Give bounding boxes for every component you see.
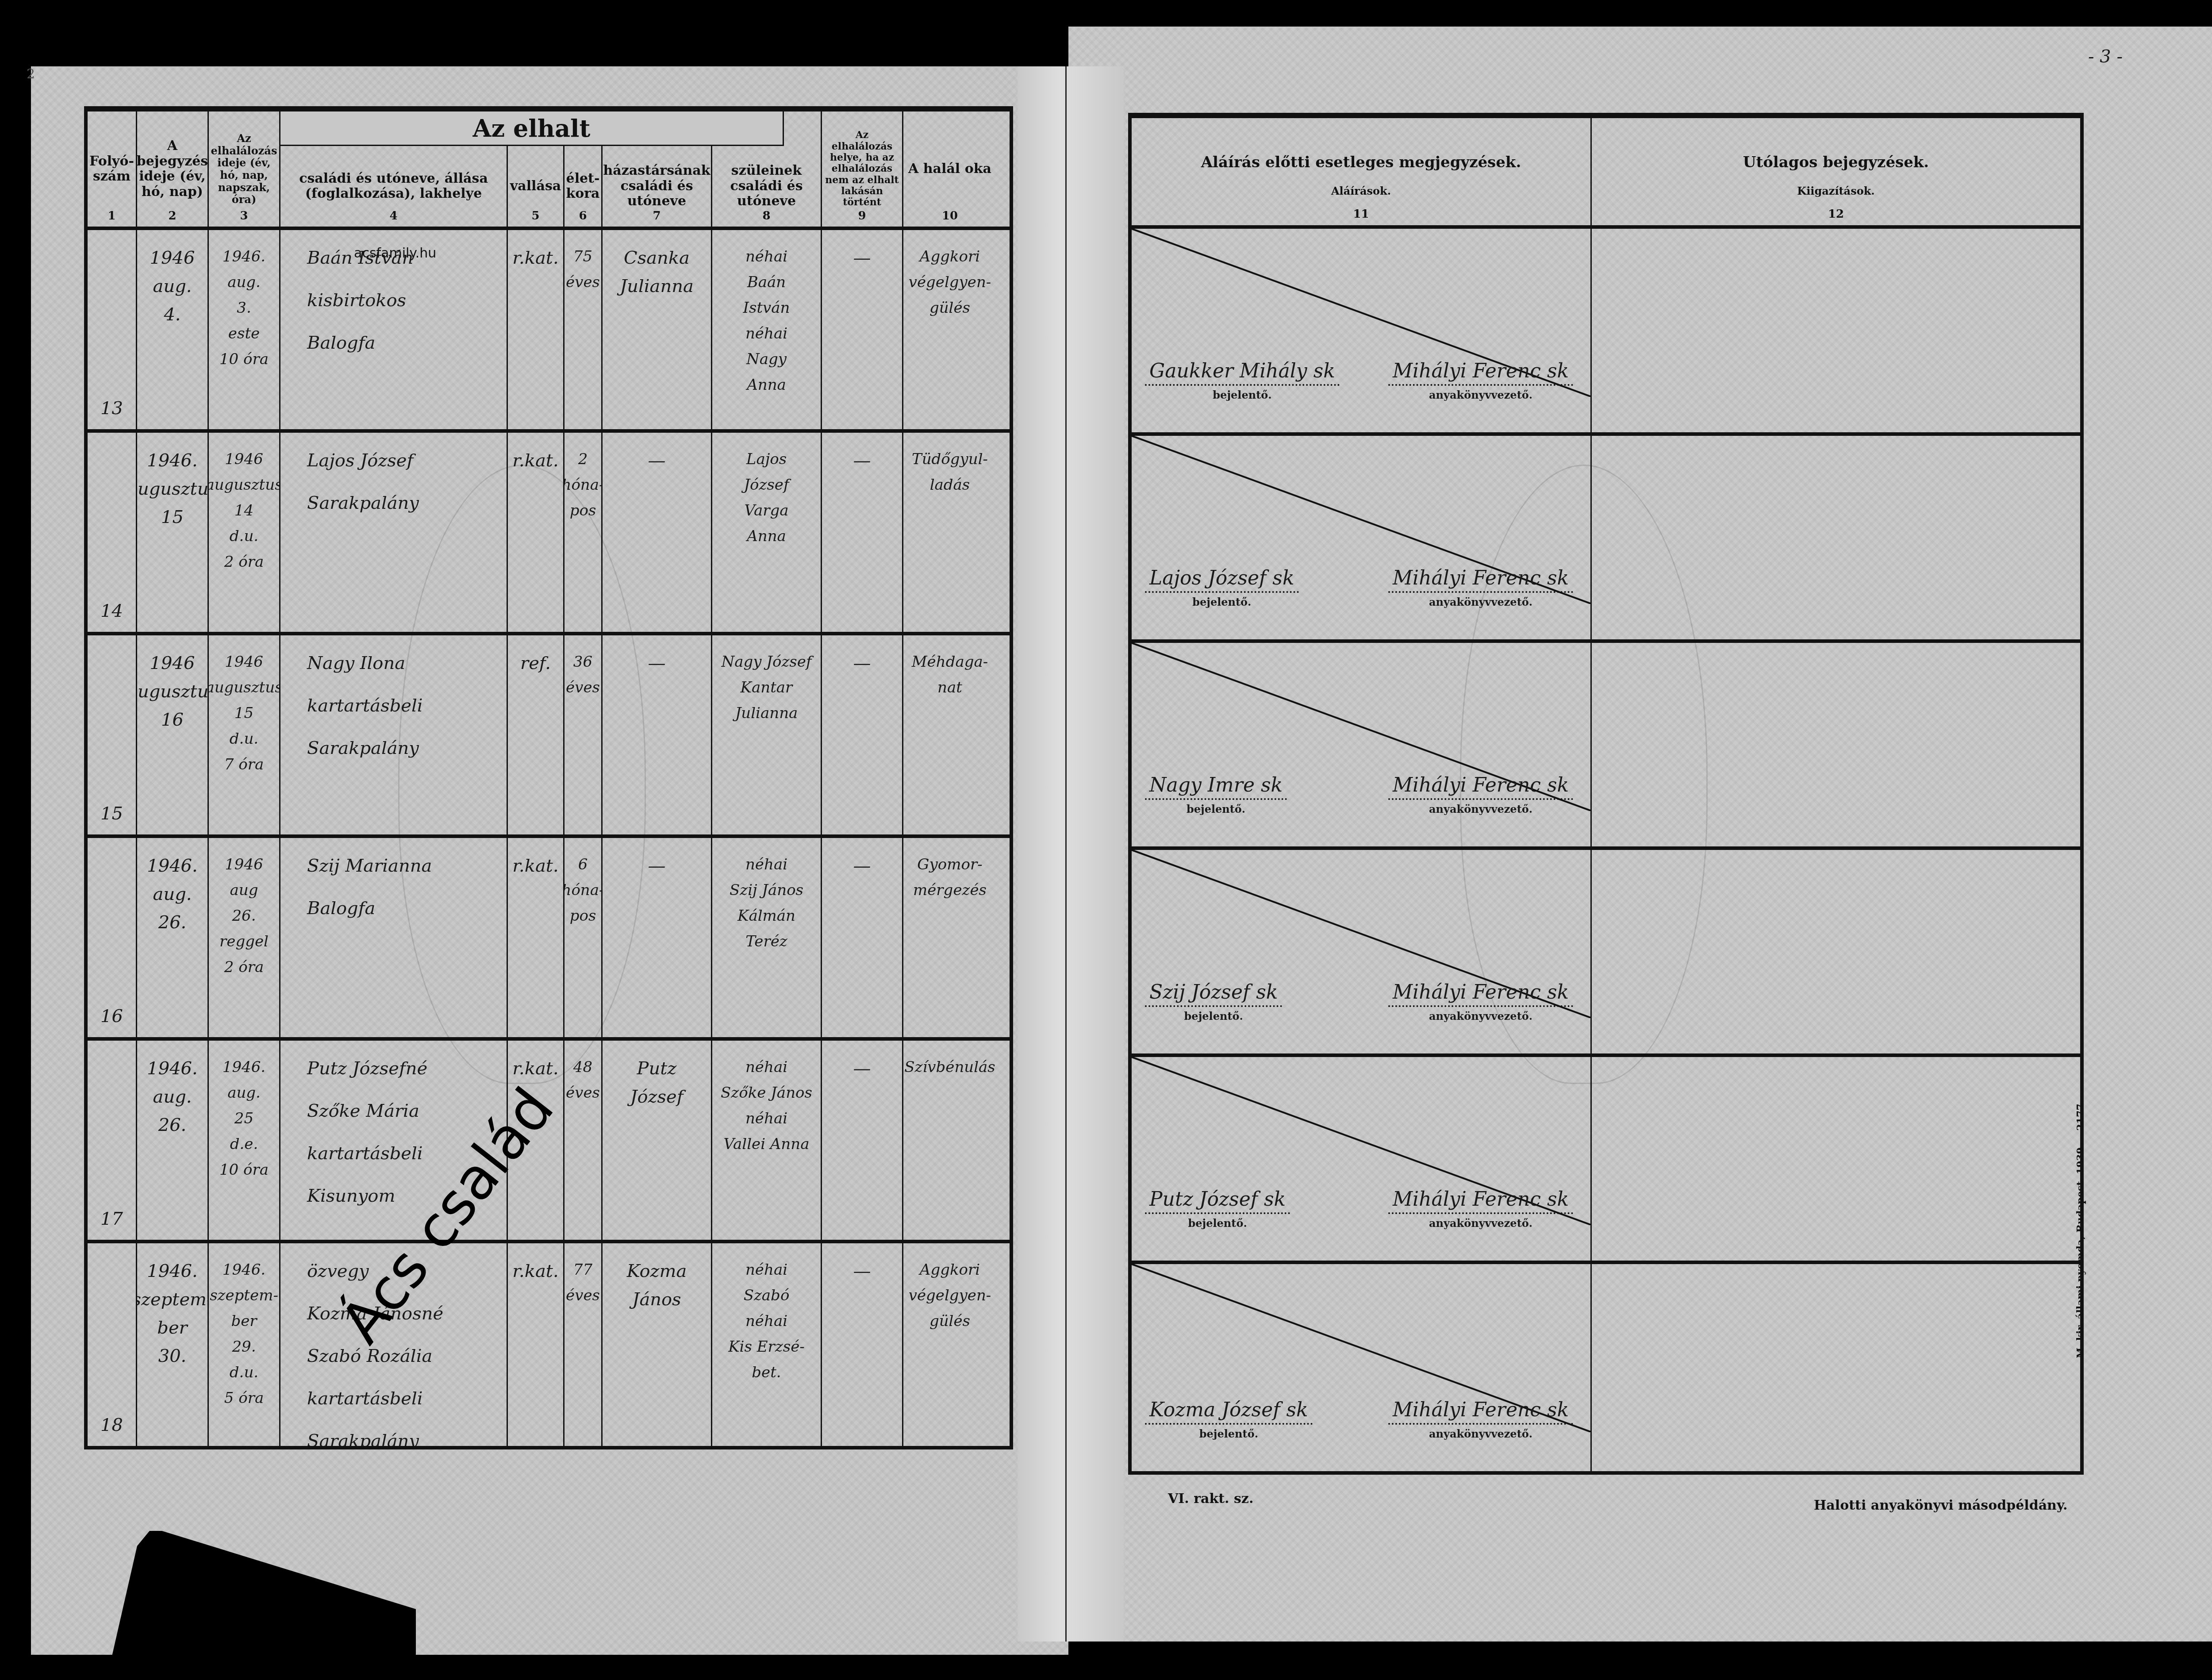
cell-line: Balogfa xyxy=(307,898,375,919)
cell-line: Szij János xyxy=(730,881,803,899)
cell-line: néhai xyxy=(745,325,787,342)
cell-line: Szőke János xyxy=(721,1084,812,1102)
cell-religion: r.kat. xyxy=(508,433,565,632)
table-row: Kozma József sk bejelentő. Mihályi Feren… xyxy=(1132,1264,2080,1471)
cell-line: János xyxy=(632,1289,681,1310)
printer-imprint: M. kir. állami nyomda, Budapest. 1939.— … xyxy=(2075,1100,2086,1358)
cell-spouse: PutzJózsef xyxy=(603,1041,712,1240)
table-row: Putz József sk bejelentő. Mihályi Ferenc… xyxy=(1132,1057,2080,1264)
cell-line: 25 xyxy=(234,1110,253,1127)
cell-line: Aggkori xyxy=(920,248,980,265)
book-gutter xyxy=(1018,66,1124,1642)
cell-line: 26. xyxy=(158,912,187,933)
cell-line: Méhdaga- xyxy=(912,653,988,671)
cell-line: pos xyxy=(570,502,596,519)
column-header: A bejegyzés ideje (év, hó, nap)2 xyxy=(137,111,209,227)
cell-line: Tüdőgyul- xyxy=(912,450,988,468)
cell-line: Teréz xyxy=(745,933,787,950)
cell-line: 2 óra xyxy=(224,958,264,976)
informant-signature: Kozma József sk bejelentő. xyxy=(1145,1399,1313,1440)
cell-line: Kantar xyxy=(741,679,793,696)
cell-line: r.kat. xyxy=(512,856,558,876)
cell-parents: néhaiSzij JánosKálmánTeréz xyxy=(712,838,822,1037)
cell-line: 1946 xyxy=(150,248,195,268)
gutter-line xyxy=(1065,66,1067,1642)
cell-line: 15 xyxy=(161,507,184,527)
cell-line: Anna xyxy=(747,527,786,545)
table-row: Lajos József sk bejelentő. Mihályi Feren… xyxy=(1132,436,2080,643)
cell-line: végelgyen- xyxy=(909,1287,991,1304)
cell-no: 17 xyxy=(88,1041,137,1240)
signature-cell: Gaukker Mihály sk bejelentő. Mihályi Fer… xyxy=(1132,229,1592,432)
cell-line: szeptem- xyxy=(137,1289,209,1310)
cell-cause: Aggkorivégelgyen-gülés xyxy=(903,230,996,429)
cell-line: néhai xyxy=(745,856,787,873)
table-row: Szij József sk bejelentő. Mihályi Ferenc… xyxy=(1132,850,2080,1057)
cell-name: Szij MariannaBalogfa xyxy=(280,838,508,1037)
cell-line: este xyxy=(228,325,260,342)
cell-line: szeptem- xyxy=(210,1287,278,1304)
cell-death: 1946aug26.reggel2 óra xyxy=(209,838,280,1037)
cell-spouse: KozmaJános xyxy=(603,1243,712,1446)
cell-line: 17 xyxy=(100,1209,123,1229)
margin-mark: 2 xyxy=(27,66,35,82)
cell-line: aug. xyxy=(153,884,192,904)
cell-line: aug. xyxy=(153,1087,192,1107)
cell-line: 2 xyxy=(578,450,588,468)
cell-line: 15 xyxy=(234,704,253,722)
cell-line: Lajos József xyxy=(307,450,413,471)
cell-line: aug. xyxy=(227,273,261,291)
cell-line: István xyxy=(743,299,790,317)
registrar-signature: Mihályi Ferenc sk anyakönyvvezető. xyxy=(1388,360,1573,401)
signatures-table: Aláírás előtti esetleges megjegyzések. A… xyxy=(1128,113,2084,1475)
later-entries-cell xyxy=(1592,436,2080,639)
cell-line: 1946 xyxy=(150,653,195,673)
cell-religion: r.kat. xyxy=(508,230,565,429)
cell-line: kartartásbeli xyxy=(307,1143,423,1164)
cell-line: Julianna xyxy=(735,704,798,722)
cell-line: 18 xyxy=(100,1415,123,1435)
signature-cell: Putz József sk bejelentő. Mihályi Ferenc… xyxy=(1132,1057,1592,1261)
cell-spouse: — xyxy=(603,635,712,834)
table-row: Gaukker Mihály sk bejelentő. Mihályi Fer… xyxy=(1132,229,2080,436)
informant-signature: Gaukker Mihály sk bejelentő. xyxy=(1145,360,1340,401)
cell-line: — xyxy=(853,856,871,876)
cell-line: — xyxy=(648,450,666,471)
cell-line: augusztus xyxy=(137,681,209,702)
cell-line: Sarakpalány xyxy=(307,1431,419,1446)
cell-line: 16 xyxy=(100,1006,123,1026)
cell-line: r.kat. xyxy=(512,248,558,268)
cell-line: ladás xyxy=(930,476,970,494)
cell-line: Putz xyxy=(637,1058,677,1079)
cell-line: r.kat. xyxy=(512,450,558,471)
cell-line: Kozma xyxy=(627,1261,687,1281)
cell-line: — xyxy=(853,653,871,673)
cell-line: 1946 xyxy=(225,653,263,671)
cell-line: ref. xyxy=(520,653,551,673)
cell-line: éves xyxy=(566,273,600,291)
cell-age: 48éves xyxy=(565,1041,603,1240)
cell-no: 15 xyxy=(88,635,137,834)
cell-line: — xyxy=(853,248,871,268)
cell-line: augusztus xyxy=(137,479,209,499)
cell-line: aug xyxy=(230,881,258,899)
cell-name: Lajos JózsefSarakpalány xyxy=(280,433,508,632)
cell-line: bet. xyxy=(752,1364,781,1381)
cell-place: — xyxy=(822,838,903,1037)
cell-death: 1946augusztus14d.u.2 óra xyxy=(209,433,280,632)
cell-religion: r.kat. xyxy=(508,838,565,1037)
cell-reg: 1946.szeptem-ber30. xyxy=(137,1243,209,1446)
cell-line: 13 xyxy=(100,398,123,419)
cell-line: 7 óra xyxy=(224,756,264,773)
column-header-remarks: Aláírás előtti esetleges megjegyzések. A… xyxy=(1132,118,1592,225)
signature-cell: Kozma József sk bejelentő. Mihályi Feren… xyxy=(1132,1264,1592,1471)
cell-line: Gyomor- xyxy=(917,856,982,873)
cell-line: éves xyxy=(566,679,600,696)
cell-line: néhai xyxy=(745,1261,787,1279)
cell-line: augusztus xyxy=(209,476,280,494)
cell-line: — xyxy=(648,856,666,876)
cell-name: Nagy IlonakartartásbeliSarakpalány xyxy=(280,635,508,834)
cell-place: — xyxy=(822,433,903,632)
cell-line: nat xyxy=(937,679,962,696)
table-row: 171946.aug.26.1946.aug.25d.e.10 óraPutz … xyxy=(88,1041,1010,1243)
cell-line: Szőke Mária xyxy=(307,1101,419,1121)
table-row: 131946aug.4.1946.aug.3.este10 óraBaán Is… xyxy=(88,230,1010,433)
later-entries-cell xyxy=(1592,1264,2080,1471)
cell-line: néhai xyxy=(745,1312,787,1330)
cell-line: 14 xyxy=(100,601,123,621)
cell-line: gülés xyxy=(929,299,970,317)
cell-line: d.u. xyxy=(230,1364,258,1381)
cell-reg: 1946augusztus16 xyxy=(137,635,209,834)
cell-line: Nagy Ilona xyxy=(307,653,405,673)
cell-line: Kálmán xyxy=(737,907,795,925)
cell-line: kartartásbeli xyxy=(307,1388,423,1409)
cell-no: 16 xyxy=(88,838,137,1037)
cell-line: néhai xyxy=(745,248,787,265)
cell-line: d.e. xyxy=(230,1135,258,1153)
cell-line: hóna- xyxy=(565,881,603,899)
cell-reg: 1946.aug.26. xyxy=(137,838,209,1037)
group-title: Az elhalt xyxy=(280,111,784,146)
registrar-signature: Mihályi Ferenc sk anyakönyvvezető. xyxy=(1388,1399,1573,1440)
cell-line: — xyxy=(853,1261,871,1281)
cell-line: pos xyxy=(570,907,596,925)
cell-reg: 1946.augusztus15 xyxy=(137,433,209,632)
cell-line: 6 xyxy=(578,856,588,873)
cell-line: Szabó Rozália xyxy=(307,1346,432,1366)
footer-register-title: Halotti anyakönyvi másodpéldány. xyxy=(1814,1498,2067,1513)
cell-line: 15 xyxy=(100,803,123,824)
cell-death: 1946.aug.3.este10 óra xyxy=(209,230,280,429)
cell-line: Vallei Anna xyxy=(724,1135,810,1153)
column-header: A halál oka10 xyxy=(903,111,996,227)
cell-parents: néhaiSzabónéhaiKis Erzsé-bet. xyxy=(712,1243,822,1446)
cell-line: d.u. xyxy=(230,527,258,545)
cell-line: — xyxy=(853,450,871,471)
cell-line: József xyxy=(630,1087,683,1107)
cell-line: r.kat. xyxy=(512,1058,558,1079)
cell-death: 1946augusztus15d.u.7 óra xyxy=(209,635,280,834)
cell-line: végelgyen- xyxy=(909,273,991,291)
informant-signature: Putz József sk bejelentő. xyxy=(1145,1188,1290,1230)
cell-line: Szívbénulás xyxy=(904,1058,995,1076)
cell-line: 29. xyxy=(232,1338,256,1356)
cell-reg: 1946aug.4. xyxy=(137,230,209,429)
registrar-signature: Mihályi Ferenc sk anyakönyvvezető. xyxy=(1388,774,1573,815)
cell-death: 1946.aug.25d.e.10 óra xyxy=(209,1041,280,1240)
cell-line: Kisunyom xyxy=(307,1186,395,1206)
cell-line: aug. xyxy=(153,276,192,296)
signature-cell: Lajos József sk bejelentő. Mihályi Feren… xyxy=(1132,436,1592,639)
cell-parents: néhaiSzőke JánosnéhaiVallei Anna xyxy=(712,1041,822,1240)
cell-line: Putz Józsefné xyxy=(307,1058,427,1079)
cell-line: — xyxy=(853,1058,871,1079)
cell-line: 26. xyxy=(158,1115,187,1135)
cell-line: 1946 xyxy=(225,450,263,468)
cell-place: — xyxy=(822,230,903,429)
table-header: Aláírás előtti esetleges megjegyzések. A… xyxy=(1132,118,2080,229)
cell-cause: Méhdaga-nat xyxy=(903,635,996,834)
cell-line: kartartásbeli xyxy=(307,696,423,716)
cell-line: Julianna xyxy=(620,276,694,296)
table-row: 141946.augusztus151946augusztus14d.u.2 ó… xyxy=(88,433,1010,635)
cell-line: Anna xyxy=(747,376,786,394)
cell-line: 77 xyxy=(573,1261,592,1279)
cell-line: 1946. xyxy=(147,1261,198,1281)
cell-line: 10 óra xyxy=(219,350,269,368)
footer-shelf-number: VI. rakt. sz. xyxy=(1168,1491,1253,1507)
table-header: Az elhalt Folyó-szám1 A bejegyzés ideje … xyxy=(88,111,1010,230)
cell-line: 1946. xyxy=(223,1058,265,1076)
cell-line: 36 xyxy=(573,653,592,671)
cell-death: 1946.szeptem-ber29.d.u.5 óra xyxy=(209,1243,280,1446)
cell-line: éves xyxy=(566,1287,600,1304)
cell-age: 77éves xyxy=(565,1243,603,1446)
cell-parents: Nagy JózsefKantarJulianna xyxy=(712,635,822,834)
cell-line: mérgezés xyxy=(913,881,987,899)
cell-spouse: — xyxy=(603,838,712,1037)
cell-line: 4. xyxy=(164,304,180,325)
column-header: Folyó-szám1 xyxy=(88,111,137,227)
cell-line: Aggkori xyxy=(920,1261,980,1279)
informant-signature: Lajos József sk bejelentő. xyxy=(1145,567,1299,608)
table-row: Nagy Imre sk bejelentő. Mihályi Ferenc s… xyxy=(1132,643,2080,850)
cell-line: aug. xyxy=(227,1084,261,1102)
cell-line: 75 xyxy=(573,248,592,265)
cell-place: — xyxy=(822,1243,903,1446)
cell-line: 5 óra xyxy=(224,1389,264,1407)
cell-line: Balogfa xyxy=(307,333,375,353)
cell-line: 14 xyxy=(234,502,253,519)
cell-religion: ref. xyxy=(508,635,565,834)
cell-line: 2 óra xyxy=(224,553,264,571)
cell-line: 30. xyxy=(158,1346,187,1366)
cell-line: Sarakpalány xyxy=(307,493,419,513)
cell-cause: Aggkorivégelgyen-gülés xyxy=(903,1243,996,1446)
cell-line: 1946. xyxy=(147,856,198,876)
site-watermark: acsfamily.hu xyxy=(354,246,436,261)
table-body: Gaukker Mihály sk bejelentő. Mihályi Fer… xyxy=(1132,229,2080,1471)
cell-line: József xyxy=(744,476,789,494)
cell-line: augusztus xyxy=(209,679,280,696)
registrar-signature: Mihályi Ferenc sk anyakönyvvezető. xyxy=(1388,1188,1573,1230)
table-row: 151946augusztus161946augusztus15d.u.7 ór… xyxy=(88,635,1010,838)
column-header: Az elhalálozás helye, ha az elhalálozás … xyxy=(822,111,903,227)
signature-cell: Szij József sk bejelentő. Mihályi Ferenc… xyxy=(1132,850,1592,1053)
cell-cause: Tüdőgyul-ladás xyxy=(903,433,996,632)
cell-line: éves xyxy=(566,1084,600,1102)
cell-religion: r.kat. xyxy=(508,1243,565,1446)
cell-line: Nagy József xyxy=(722,653,812,671)
cell-age: 6hóna-pos xyxy=(565,838,603,1037)
cell-line: kisbirtokos xyxy=(307,290,406,311)
cell-line: Varga xyxy=(745,502,789,519)
cell-line: ber xyxy=(231,1312,257,1330)
cell-line: reggel xyxy=(219,933,269,950)
cell-line: 26. xyxy=(232,907,256,925)
cell-place: — xyxy=(822,1041,903,1240)
column-header-later-entries: Utólagos bejegyzések. Kiigazítások. 12 xyxy=(1592,118,2080,225)
registrar-signature: Mihályi Ferenc sk anyakönyvvezető. xyxy=(1388,981,1573,1023)
cell-line: Nagy xyxy=(746,350,787,368)
cell-line: 3. xyxy=(237,299,251,317)
cell-line: Csanka xyxy=(624,248,690,268)
cell-parents: LajosJózsefVargaAnna xyxy=(712,433,822,632)
death-register-table: Az elhalt Folyó-szám1 A bejegyzés ideje … xyxy=(84,106,1013,1449)
signature-cell: Nagy Imre sk bejelentő. Mihályi Ferenc s… xyxy=(1132,643,1592,846)
cell-age: 36éves xyxy=(565,635,603,834)
cell-line: gülés xyxy=(929,1312,970,1330)
informant-signature: Szij József sk bejelentő. xyxy=(1145,981,1282,1023)
table-row: 181946.szeptem-ber30.1946.szeptem-ber29.… xyxy=(88,1243,1010,1446)
cell-line: d.u. xyxy=(230,730,258,748)
page-number: - 3 - xyxy=(2088,46,2123,67)
later-entries-cell xyxy=(1592,850,2080,1053)
cell-line: 16 xyxy=(161,710,184,730)
cell-spouse: — xyxy=(603,433,712,632)
cell-line: Baán xyxy=(747,273,786,291)
cell-age: 2hóna-pos xyxy=(565,433,603,632)
cell-line: Szij Marianna xyxy=(307,856,432,876)
cell-line: néhai xyxy=(745,1110,787,1127)
table-body: 131946aug.4.1946.aug.3.este10 óraBaán Is… xyxy=(88,230,1010,1446)
informant-signature: Nagy Imre sk bejelentő. xyxy=(1145,774,1287,815)
cell-place: — xyxy=(822,635,903,834)
cell-line: r.kat. xyxy=(512,1261,558,1281)
cell-line: 10 óra xyxy=(219,1161,269,1179)
cell-cause: Szívbénulás xyxy=(903,1041,996,1240)
cell-line: Szabó xyxy=(744,1287,790,1304)
cell-parents: néhaiBaánIstvánnéhaiNagyAnna xyxy=(712,230,822,429)
cell-line: 1946. xyxy=(147,450,198,471)
cell-line: — xyxy=(648,653,666,673)
column-header: Az elhalálozás ideje (év, hó, nap, napsz… xyxy=(209,111,280,227)
cell-age: 75éves xyxy=(565,230,603,429)
cell-cause: Gyomor-mérgezés xyxy=(903,838,996,1037)
cell-line: ber xyxy=(157,1318,187,1338)
cell-line: hóna- xyxy=(565,476,603,494)
later-entries-cell xyxy=(1592,1057,2080,1261)
cell-no: 14 xyxy=(88,433,137,632)
cell-line: Kis Erzsé- xyxy=(728,1338,805,1356)
cell-spouse: CsankaJulianna xyxy=(603,230,712,429)
cell-line: 1946. xyxy=(223,1261,265,1279)
cell-no: 18 xyxy=(88,1243,137,1446)
later-entries-cell xyxy=(1592,643,2080,846)
registrar-signature: Mihályi Ferenc sk anyakönyvvezető. xyxy=(1388,567,1573,608)
cell-line: Lajos xyxy=(746,450,787,468)
cell-line: 48 xyxy=(573,1058,592,1076)
cell-reg: 1946.aug.26. xyxy=(137,1041,209,1240)
cell-line: néhai xyxy=(745,1058,787,1076)
cell-line: 1946 xyxy=(225,856,263,873)
cell-no: 13 xyxy=(88,230,137,429)
cell-line: 1946. xyxy=(223,248,265,265)
cell-line: 1946. xyxy=(147,1058,198,1079)
cell-line: Sarakpalány xyxy=(307,738,419,758)
later-entries-cell xyxy=(1592,229,2080,432)
table-row: 161946.aug.26.1946aug26.reggel2 óraSzij … xyxy=(88,838,1010,1041)
